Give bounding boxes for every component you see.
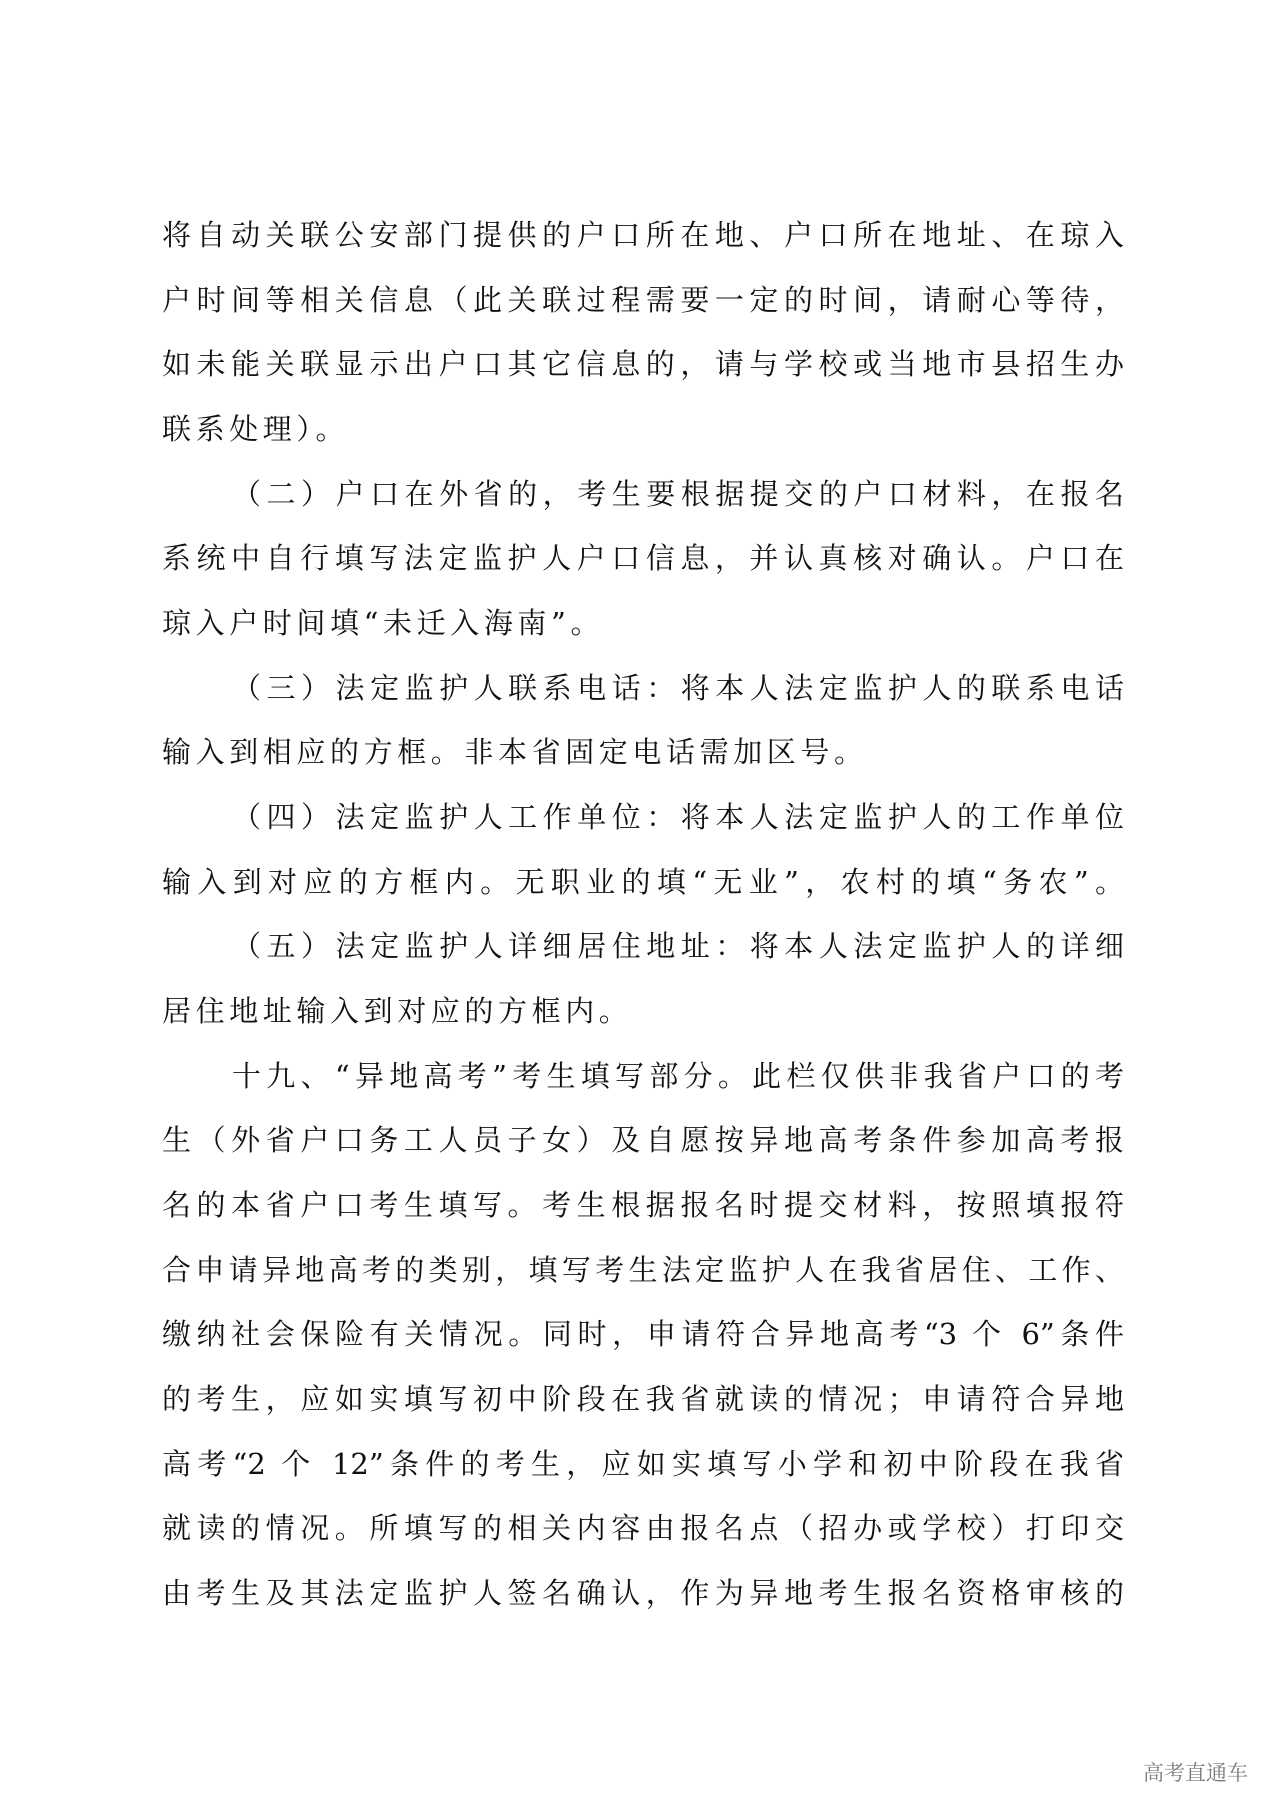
text-line: 由考生及其法定监护人签名确认，作为异地考生报名资格审核的 <box>162 1573 1124 1613</box>
text-line: 的考生，应如实填写初中阶段在我省就读的情况；申请符合异地 <box>162 1379 1124 1419</box>
text-line: 合申请异地高考的类别，填写考生法定监护人在我省居住、工作、 <box>162 1250 1124 1290</box>
paragraph-start-line: （四）法定监护人工作单位：将本人法定监护人的工作单位 <box>162 797 1124 837</box>
paragraph-start-line: （二）户口在外省的，考生要根据提交的户口材料，在报名 <box>162 474 1124 514</box>
text-line: 如未能关联显示出户口其它信息的，请与学校或当地市县招生办 <box>162 344 1124 384</box>
text-line: 户时间等相关信息（此关联过程需要一定的时间，请耐心等待， <box>162 280 1124 320</box>
text-line: 缴纳社会保险有关情况。同时，申请符合异地高考“3 个 6”条件 <box>162 1314 1124 1354</box>
section-start-line: 十九、“异地高考”考生填写部分。此栏仅供非我省户口的考 <box>162 1056 1124 1096</box>
text-line: 系统中自行填写法定监护人户口信息，并认真核对确认。户口在 <box>162 538 1124 578</box>
text-line: 高考“2 个 12”条件的考生，应如实填写小学和初中阶段在我省 <box>162 1444 1124 1484</box>
text-line: 联系处理）。 <box>162 409 1124 449</box>
text-line: 生（外省户口务工人员子女）及自愿按异地高考条件参加高考报 <box>162 1120 1124 1160</box>
text-line: 琼入户时间填“未迁入海南”。 <box>162 603 1124 643</box>
text-line: 就读的情况。所填写的相关内容由报名点（招办或学校）打印交 <box>162 1508 1124 1548</box>
text-line: 输入到对应的方框内。无职业的填“无业”，农村的填“务农”。 <box>162 862 1124 902</box>
text-line: 名的本省户口考生填写。考生根据报名时提交材料，按照填报符 <box>162 1185 1124 1225</box>
watermark: 高考直通车 <box>1143 1757 1248 1787</box>
text-line: 将自动关联公安部门提供的户口所在地、户口所在地址、在琼入 <box>162 215 1124 255</box>
text-line: 居住地址输入到对应的方框内。 <box>162 991 1124 1031</box>
paragraph-start-line: （三）法定监护人联系电话：将本人法定监护人的联系电话 <box>162 668 1124 708</box>
text-line: 输入到相应的方框。非本省固定电话需加区号。 <box>162 732 1124 772</box>
paragraph-start-line: （五）法定监护人详细居住地址：将本人法定监护人的详细 <box>162 926 1124 966</box>
